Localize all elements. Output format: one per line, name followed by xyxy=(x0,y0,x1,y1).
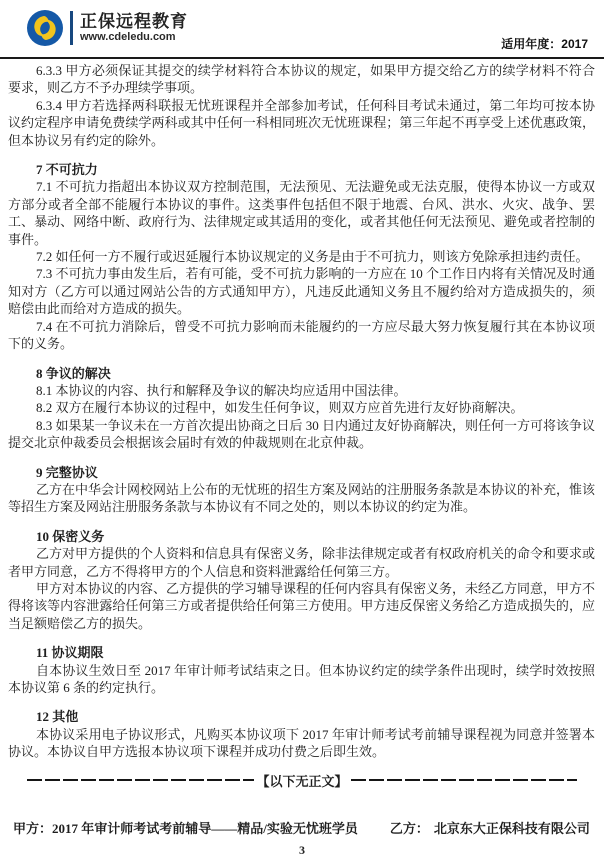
no-more-text-divider: 【以下无正文】 xyxy=(27,771,577,790)
divider-dash-left xyxy=(27,779,254,781)
section-9-heading: 9 完整协议 xyxy=(8,464,595,481)
clause-7-2: 7.2 如任何一方不履行或迟延履行本协议规定的义务是由于不可抗力，则该方免除承担… xyxy=(8,248,595,265)
applicable-year-label: 适用年度：2017 xyxy=(501,35,588,52)
no-more-text-label: 【以下无正文】 xyxy=(254,771,351,790)
clause-10-body-1: 乙方对甲方提供的个人资料和信息具有保密义务，除非法律规定或者有权政府机关的命令和… xyxy=(8,545,595,580)
party-a-value: 2017 年审计师考试考前辅导——精品/实验无忧班学员 xyxy=(52,821,358,836)
brand-url: www.cdeledu.com xyxy=(80,31,188,44)
section-10-heading: 10 保密义务 xyxy=(8,528,595,545)
section-8-heading: 8 争议的解决 xyxy=(8,365,595,382)
brand-swirl-icon xyxy=(26,9,64,47)
signature-row: 甲方：2017 年审计师考试考前辅导——精品/实验无忧班学员 乙方：北京东大正保… xyxy=(0,818,604,837)
clause-6-3-3: 6.3.3 甲方必须保证其提交的续学材料符合本协议的规定，如果甲方提交给乙方的续… xyxy=(8,62,595,97)
party-b-value: 北京东大正保科技有限公司 xyxy=(434,821,590,836)
clause-12-body: 本协议采用电子协议形式，凡购买本协议项下 2017 年审计师考试考前辅导课程视为… xyxy=(8,726,595,761)
section-11-heading: 11 协议期限 xyxy=(8,644,595,661)
clause-7-4: 7.4 在不可抗力消除后，曾受不可抗力影响而未能履约的一方应尽最大努力恢复履行其… xyxy=(8,318,595,353)
clause-7-1: 7.1 不可抗力指超出本协议双方控制范围，无法预见、无法避免或无法克服，使得本协… xyxy=(8,178,595,248)
section-7-heading: 7 不可抗力 xyxy=(8,161,595,178)
contract-page: 正保远程教育 www.cdeledu.com 适用年度：2017 6.3.3 甲… xyxy=(0,0,604,865)
clause-8-3: 8.3 如果某一争议未在一方首次提出协商之日后 30 日内通过友好协商解决，则任… xyxy=(8,417,595,452)
divider-dash-right xyxy=(351,779,578,781)
clause-9-body: 乙方在中华会计网校网站上公布的无忧班的招生方案及网站的注册服务条款是本协议的补充… xyxy=(8,481,595,516)
party-a-label: 甲方： xyxy=(13,821,52,836)
logo-text: 正保远程教育 www.cdeledu.com xyxy=(80,12,188,44)
section-12-heading: 12 其他 xyxy=(8,708,595,725)
clause-6-3-4: 6.3.4 甲方若选择两科联报无忧班课程并全部参加考试，任何科目考试未通过，第二… xyxy=(8,97,595,149)
contract-body: 6.3.3 甲方必须保证其提交的续学材料符合本协议的规定，如果甲方提交给乙方的续… xyxy=(0,59,604,761)
brand-name: 正保远程教育 xyxy=(80,12,188,31)
clause-11-body: 自本协议生效日至 2017 年审计师考试结束之日。但本协议约定的续学条件出现时，… xyxy=(8,662,595,697)
logo-divider-bar xyxy=(70,11,73,45)
page-header: 正保远程教育 www.cdeledu.com 适用年度：2017 xyxy=(0,0,604,59)
clause-7-3: 7.3 不可抗力事由发生后，若有可能，受不可抗力影响的一方应在 10 个工作日内… xyxy=(8,265,595,317)
clause-8-2: 8.2 双方在履行本协议的过程中，如发生任何争议，则双方应首先进行友好协商解决。 xyxy=(8,399,595,416)
clause-10-body-2: 甲方对本协议的内容、乙方提供的学习辅导课程的任何内容具有保密义务，未经乙方同意，… xyxy=(8,580,595,632)
party-b: 乙方：北京东大正保科技有限公司 xyxy=(390,818,590,837)
brand-logo: 正保远程教育 www.cdeledu.com xyxy=(26,9,188,47)
clause-8-1: 8.1 本协议的内容、执行和解释及争议的解决均应适用中国法律。 xyxy=(8,382,595,399)
party-a: 甲方：2017 年审计师考试考前辅导——精品/实验无忧班学员 xyxy=(13,818,358,837)
party-b-label: 乙方： xyxy=(390,821,429,836)
page-number: 3 xyxy=(0,843,604,858)
